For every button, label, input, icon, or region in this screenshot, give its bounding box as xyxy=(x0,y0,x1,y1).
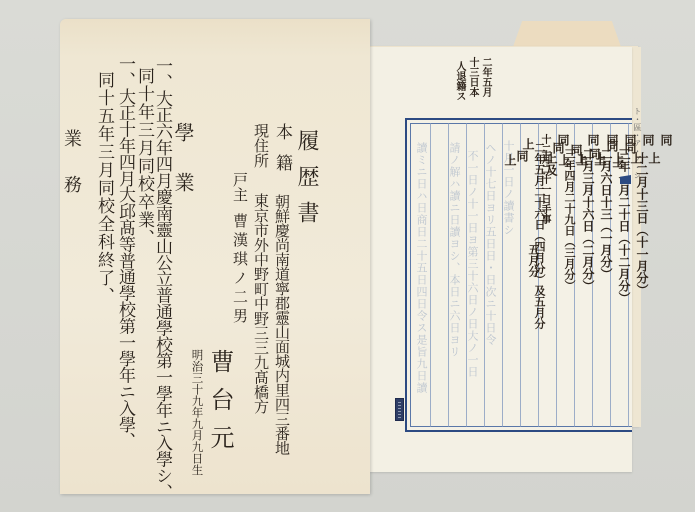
honseki-value: 朝鮮慶尚南道寧郡靈山面城内里四三番地 xyxy=(274,194,289,455)
education-line-4: 同十五年三月同校全科終了、 xyxy=(95,71,112,305)
address-label: 現住所 xyxy=(253,123,268,168)
bleed-through-text: 請ノ解ハ讀ニ日讀ヨシ、本日ニ六日ヨリ xyxy=(446,142,462,358)
address-value: 東京市外中野町中野三三九髙橋方 xyxy=(253,193,268,414)
household-label: 戸主 xyxy=(232,172,247,202)
bleed-through-text: 不一日ノ十一日ヨ第三十六日ノ日大ノ一日 xyxy=(464,150,480,378)
ledger-note-col-2: 十三日本 xyxy=(465,57,480,97)
ledger-entry-7: 十二月二十一日手事 五月分 同 上 xyxy=(504,134,549,277)
seal-stamp xyxy=(395,398,404,421)
education-line-1: 一、大正六年四月慶南靈山公立普通學校第一學年ニ入學シ、 xyxy=(153,57,170,500)
education-line-3: 一、大正十年四月大邱髙等普通學校第一學年ニ入學、 xyxy=(116,55,133,449)
ledger-ruled-frame: 十月一日ノ讀書シ ヘノ十七日ヨリ五日日・日次ニ十日令 不一日ノ十一日ヨ第三十六日… xyxy=(405,118,632,432)
resume-sheet: 履歴書 本籍 朝鮮慶尚南道寧郡靈山面城内里四三番地 現住所 東京市外中野町中野三… xyxy=(60,19,370,494)
bleed-through-text: ヘノ十七日ヨリ五日日・日次ニ十日令 xyxy=(482,142,498,346)
applicant-name: 曹台元 xyxy=(208,349,232,463)
resume-title: 履歴書 xyxy=(295,129,317,237)
ledger-note-col-3: 人退籍ス xyxy=(452,61,467,101)
birth-date: 明治三十九年九月九日生 xyxy=(191,349,203,476)
occupation-heading: 業務 xyxy=(62,129,80,221)
education-heading: 學業 xyxy=(173,122,193,222)
ledger-sheet: 二年五月 十三日本 人退籍ス 十月一日ノ讀書シ ヘノ十七日ヨリ五日日・日次ニ十日… xyxy=(370,47,632,472)
ruled-line xyxy=(430,123,431,427)
education-line-2: 同十年三月同校卒業、 xyxy=(135,67,152,247)
ledger-note-col-1: 二年五月 xyxy=(478,57,493,97)
bleed-through-text: 讀ミニ日ハ日商日二十五日四日令ス是旨九日讀 xyxy=(413,142,429,394)
honseki-label: 本籍 xyxy=(273,123,290,185)
household-value: 曹漢琪ノ二男 xyxy=(232,213,247,327)
